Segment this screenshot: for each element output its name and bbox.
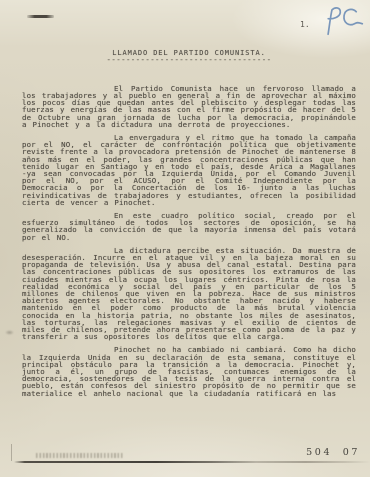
paragraph-4: La dictadura percibe esta situación. Da … <box>22 247 356 341</box>
handwritten-pc-annotation <box>319 2 366 40</box>
archive-stamp-number: 504 07 <box>306 447 360 458</box>
ink-dash-mark <box>27 15 54 18</box>
paragraph-1: El Partido Comunista hace un fervoroso l… <box>22 85 356 128</box>
margin-smudge <box>5 330 14 335</box>
paragraph-3: En este cuadro político social, creado p… <box>22 212 356 241</box>
scanned-document-page: 1. LLAMADO DEL PARTIDO COMUNISTA. ------… <box>0 0 370 477</box>
page-number: 1. <box>300 20 310 29</box>
footer-smudge <box>36 453 124 458</box>
bottom-scan-rule <box>14 461 370 463</box>
title-underline: ---------------------------------- <box>22 57 356 63</box>
paragraph-5: Pinochet no ha cambiado ni cambiará. Com… <box>22 346 356 396</box>
paragraph-2: La envergadura y el ritmo que ha tomado … <box>22 134 356 206</box>
left-edge-tick <box>11 444 12 461</box>
document-text-column: LLAMADO DEL PARTIDO COMUNISTA. ---------… <box>22 50 356 403</box>
